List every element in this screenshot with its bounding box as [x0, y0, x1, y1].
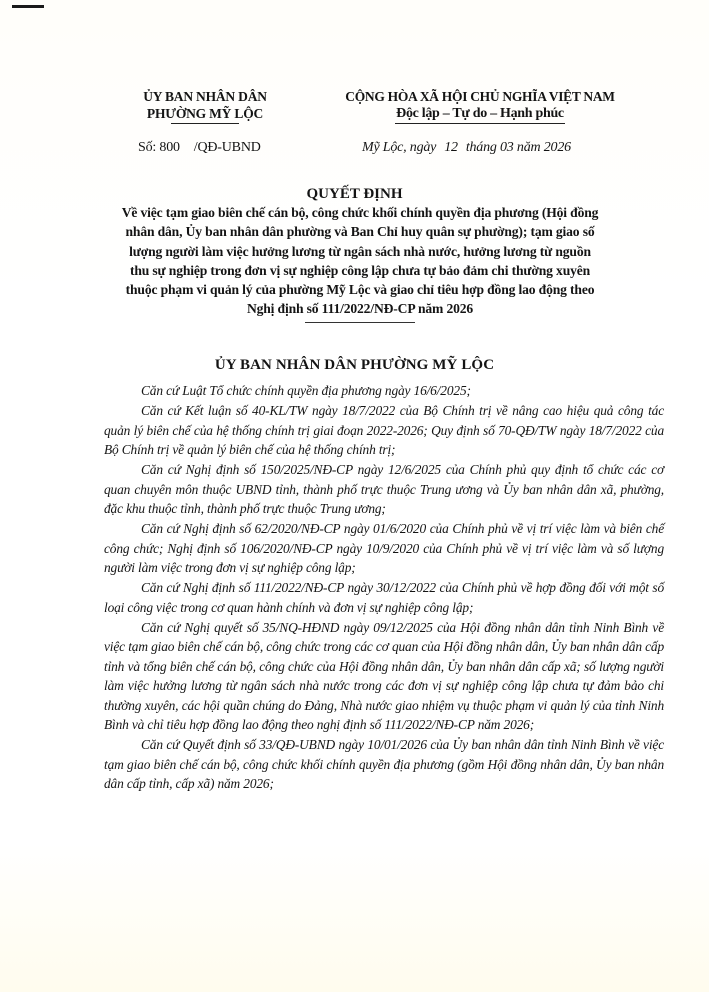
issuing-agency: ỦY BAN NHÂN DÂN PHƯỜNG MỸ LỘC [120, 88, 290, 124]
agency-line-1: ỦY BAN NHÂN DÂN [120, 88, 290, 105]
legal-basis-paragraph: Căn cứ Luật Tổ chức chính quyền địa phươ… [104, 381, 664, 401]
legal-basis-paragraph: Căn cứ Quyết định số 33/QĐ-UBND ngày 10/… [104, 735, 664, 794]
legal-basis-paragraph: Căn cứ Kết luận số 40-KL/TW ngày 18/7/20… [104, 401, 664, 460]
subject-underline [305, 322, 415, 323]
legal-basis-paragraph: Căn cứ Nghị định số 150/2025/NĐ-CP ngày … [104, 460, 664, 519]
document-page: ỦY BAN NHÂN DÂN PHƯỜNG MỸ LỘC CỘNG HÒA X… [0, 0, 709, 992]
doc-number-prefix: Số: [138, 140, 156, 155]
agency-underline [171, 123, 239, 124]
date-day: 12 [444, 140, 458, 155]
subject-text: Về việc tạm giao biên chế cán bộ, công c… [118, 203, 602, 319]
scan-mark [12, 5, 44, 8]
motto-underline [395, 123, 565, 124]
issuing-authority: ỦY BAN NHÂN DÂN PHƯỜNG MỸ LỘC [0, 357, 709, 374]
agency-line-2: PHƯỜNG MỸ LỘC [120, 105, 290, 122]
document-title: QUYẾT ĐỊNH [0, 186, 709, 203]
document-number: Số: 800/QĐ-UBND [138, 140, 261, 156]
doc-number-suffix: /QĐ-UBND [194, 140, 261, 155]
legal-basis-paragraph: Căn cứ Nghị định số 111/2022/NĐ-CP ngày … [104, 578, 664, 617]
document-subject: Về việc tạm giao biên chế cán bộ, công c… [118, 203, 602, 323]
national-motto: Độc lập – Tự do – Hạnh phúc [320, 105, 640, 122]
date-month-year: tháng 03 năm 2026 [466, 140, 571, 155]
legal-basis-paragraph: Căn cứ Nghị định số 62/2020/NĐ-CP ngày 0… [104, 519, 664, 578]
doc-number-value: 800 [159, 140, 179, 155]
date-place: Mỹ Lộc, ngày [362, 140, 436, 155]
legal-bases: Căn cứ Luật Tổ chức chính quyền địa phươ… [104, 381, 664, 794]
country-name: CỘNG HÒA XÃ HỘI CHỦ NGHĨA VIỆT NAM [320, 88, 640, 105]
legal-basis-paragraph: Căn cứ Nghị quyết số 35/NQ-HĐND ngày 09/… [104, 618, 664, 735]
document-date: Mỹ Lộc, ngày12tháng 03 năm 2026 [362, 140, 571, 156]
national-heading: CỘNG HÒA XÃ HỘI CHỦ NGHĨA VIỆT NAM Độc l… [320, 88, 640, 124]
